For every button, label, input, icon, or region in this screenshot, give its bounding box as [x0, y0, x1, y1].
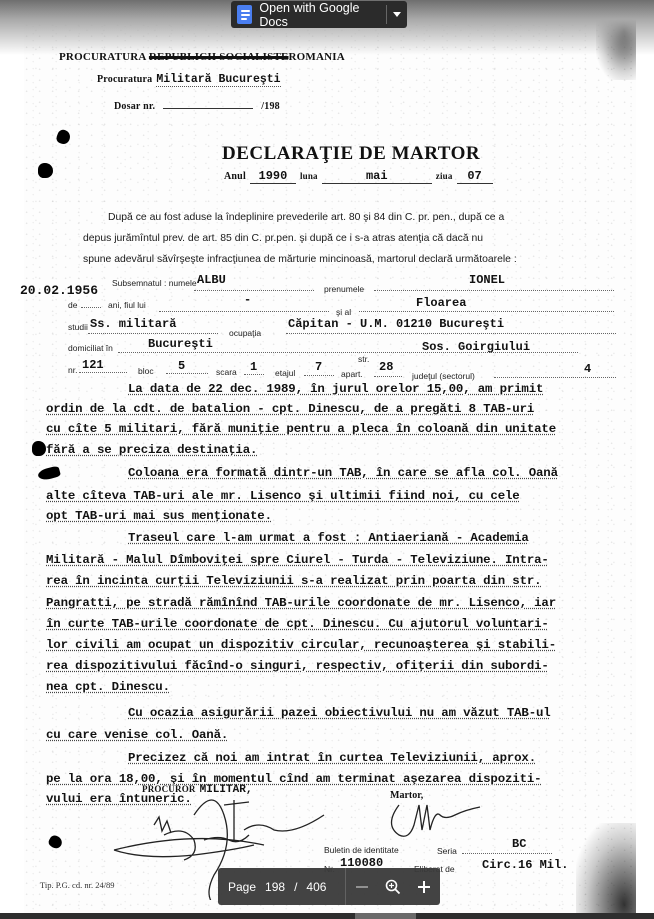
statement-line: lor civili am ocupat un dispozitiv circu… — [46, 638, 556, 652]
intro-line: După ce au fost aduse la îndeplinire pre… — [108, 212, 504, 223]
ocupatia-label: ocupaţia — [229, 328, 261, 338]
judet-label: judeţul (sectorul) — [412, 371, 475, 381]
statement-line: Pangratti, pe stradă rămînînd TAB-urile … — [46, 596, 556, 610]
statement-line: ordin de la cdt. de batalion - cpt. Dine… — [46, 402, 534, 416]
month-value: mai — [322, 169, 432, 184]
zoom-reset-button[interactable] — [378, 868, 409, 905]
procuratura-label: Procuratura — [97, 74, 152, 85]
page-separator: / — [294, 880, 297, 894]
subsemnatul-label: Subsemnatul : numele — [112, 278, 197, 288]
statement-line: rea dispozitivului făcînd-o singuri, res… — [46, 659, 549, 673]
document-title: DECLARAŢIE DE MARTOR — [222, 143, 480, 165]
procuratura-value: Militară Bucureşti — [156, 73, 280, 87]
plus-icon — [418, 881, 430, 893]
caret-down-icon — [393, 12, 401, 17]
bloc-label: bloc — [138, 366, 154, 376]
de-label: de — [68, 300, 77, 310]
seria-value: BC — [512, 837, 526, 851]
sector-value: 4 — [584, 362, 591, 376]
studii-label: studii — [68, 322, 88, 332]
current-page[interactable]: 198 — [265, 880, 285, 894]
zoom-out-button[interactable] — [346, 868, 377, 905]
document-viewer[interactable]: PROCURATURA REPUBLICII SOCIALISTEROMANIA… — [0, 0, 654, 913]
statement-line: alte cîteva TAB-uri ale mr. Lisenco şi u… — [46, 489, 520, 503]
street-value: Sos. Goirgiului — [422, 340, 530, 354]
statement-line: Militară - Malul Dîmboviţei spre Ciurel … — [46, 553, 549, 567]
prosecutor-header: PROCURATURA REPUBLICII SOCIALISTEROMANIA — [59, 51, 345, 63]
etaj-value: 7 — [315, 360, 322, 374]
statement-line: La data de 22 dec. 1989, în jurul orelor… — [128, 382, 543, 396]
scrollbar-thumb[interactable] — [355, 913, 416, 919]
statement-line: Coloana era formată dintr-un TAB, în car… — [128, 466, 558, 480]
year-label: Anul — [224, 171, 246, 182]
header-prefix: PROCURATURA — [59, 51, 146, 63]
str-label: str. — [358, 354, 369, 364]
city-value: Bucureşti — [148, 337, 213, 351]
statement-line: în curte TAB-urile coordonate de cpt. Di… — [46, 617, 549, 631]
buletin-label: Buletin de identitate — [324, 845, 399, 855]
studies-value: Ss. militară — [90, 317, 176, 331]
birth-date-value: 20.02.1956 — [20, 283, 98, 298]
scara-label: scara — [216, 367, 237, 377]
dosar-label: Dosar nr. — [114, 101, 155, 112]
dosar-suffix: /198 — [261, 101, 280, 112]
page-indicator: Page 198 / 406 — [218, 868, 345, 905]
statement-line: pe la ora 18,00, şi în momentul cînd am … — [46, 772, 541, 786]
apart-label: apart. — [341, 369, 363, 379]
apart-value: 28 — [379, 360, 393, 374]
witness-signature — [384, 790, 504, 840]
minus-icon — [356, 886, 368, 888]
zoom-magnifier-icon — [385, 879, 401, 895]
ani-label: ani, fiul lui — [108, 300, 146, 310]
eliberat-value: Circ.16 Mil. — [482, 858, 568, 872]
ink-blot — [38, 163, 53, 178]
month-label: luna — [300, 171, 318, 181]
statement-line: nea cpt. Dinescu. — [46, 680, 170, 694]
statement-line: cu care venise col. Oană. — [46, 728, 228, 742]
statement-line: opt TAB-uri mai sus menţionate. — [46, 509, 272, 523]
bloc-value: 5 — [178, 359, 185, 373]
nr-value: 121 — [82, 358, 104, 372]
open-with-dropdown[interactable] — [387, 1, 407, 28]
etaj-label: etajul — [275, 368, 295, 378]
date-line: Anul 1990 luna mai ziua 07 — [224, 166, 493, 184]
scan-smudge — [576, 823, 636, 913]
horizontal-scrollbar[interactable] — [0, 913, 654, 919]
first-name-value: IONEL — [469, 273, 505, 287]
father-value: - — [244, 293, 251, 307]
open-with-label: Open with Google Docs — [259, 1, 379, 29]
scara-value: 1 — [250, 360, 257, 374]
year-value: 1990 — [250, 169, 296, 184]
mother-value: Floarea — [416, 296, 466, 310]
zoom-in-button[interactable] — [409, 868, 440, 905]
header-suffix: ROMANIA — [289, 51, 345, 63]
open-with-google-docs: Open with Google Docs — [231, 1, 407, 28]
scan-smudge — [596, 10, 636, 80]
header-struck: REPUBLICII SOCIALISTE — [149, 51, 289, 63]
day-label: ziua — [436, 171, 453, 181]
surname-value: ALBU — [197, 273, 226, 287]
ink-blot — [32, 441, 46, 456]
procuratura-line: Procuratura Militară Bucureşti — [97, 69, 281, 87]
nr-label: nr. — [68, 365, 77, 375]
statement-line: rea în incinta curţii Televiziunii s-a r… — [46, 574, 541, 588]
statement-line: Cu ocazia asigurării pazei obiectivului … — [128, 706, 551, 720]
domiciliat-label: domiciliat în — [68, 343, 113, 353]
prenume-label: prenumele — [324, 284, 364, 294]
scanned-page: PROCURATURA REPUBLICII SOCIALISTEROMANIA… — [24, 0, 636, 913]
si-al-label: şi al — [336, 307, 351, 317]
total-pages: 406 — [306, 880, 326, 894]
statement-line: Traseul care l-am urmat a fost : Antiaer… — [128, 531, 529, 545]
intro-line: depus jurămîntul prev. de art. 85 din C.… — [83, 233, 483, 244]
open-with-button[interactable]: Open with Google Docs — [231, 1, 379, 28]
statement-line: fără a se preciza destinaţia. — [46, 443, 257, 457]
form-code: Tip. P.G. cd. nr. 24/89 — [40, 880, 115, 890]
intro-line: spune adevărul săvîrşeşte infracţiunea d… — [83, 254, 517, 265]
statement-line: cu cîte 5 militari, fără muniţie pentru … — [46, 422, 556, 436]
page-navigation: Page 198 / 406 — [218, 868, 440, 905]
google-docs-icon — [237, 5, 252, 24]
page-label: Page — [228, 880, 256, 894]
day-value: 07 — [457, 169, 493, 184]
viewer-background — [636, 0, 654, 913]
occupation-value: Căpitan - U.M. 01210 Bucureşti — [288, 317, 504, 331]
statement-line: Precizez că noi am intrat în curtea Tele… — [128, 751, 536, 765]
dosar-line: Dosar nr. /198 — [114, 96, 280, 114]
seria-label: Seria — [437, 846, 457, 856]
